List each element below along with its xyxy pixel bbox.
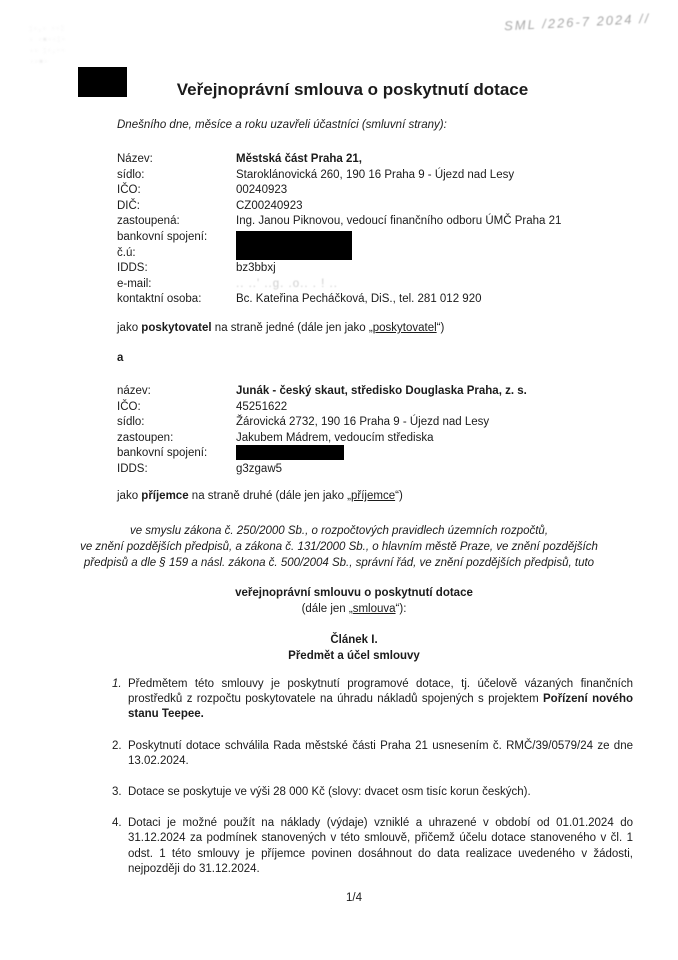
document-title: Veřejnoprávní smlouva o poskytnutí dotac…	[30, 80, 675, 100]
field-value: Junák - český skaut, středisko Douglaska…	[236, 384, 527, 400]
intro-line: Dnešního dne, měsíce a roku uzavřeli úča…	[117, 119, 447, 131]
contract-subject: veřejnoprávní smlouvu o poskytnutí dotac…	[44, 586, 664, 617]
field-label: bankovní spojení:	[117, 230, 236, 246]
field-label: Název:	[117, 152, 236, 168]
item-text: Předmětem této smlouvy je poskytnutí pro…	[128, 677, 633, 723]
provider-row-sidlo: sídlo: Staroklánovická 260, 190 16 Praha…	[117, 168, 561, 184]
item-number: 1.	[112, 677, 128, 723]
legal-line: ve smyslu zákona č. 250/2000 Sb., o rozp…	[44, 523, 634, 539]
subject-title: veřejnoprávní smlouvu o poskytnutí dotac…	[44, 586, 664, 602]
closing-bold: poskytovatel	[141, 322, 211, 334]
closing-text: jako	[117, 490, 141, 502]
legal-line: ve znění pozdějších předpisů, a zákona č…	[44, 539, 634, 555]
item-text: Dotace se poskytuje ve výši 28 000 Kč (s…	[128, 785, 633, 800]
field-value: Ing. Janou Piknovou, vedoucí finančního …	[236, 214, 561, 230]
recipient-details: název: Junák - český skaut, středisko Do…	[117, 384, 527, 478]
item-number: 4.	[112, 816, 128, 877]
field-value: Bc. Kateřina Pecháčková, DiS., tel. 281 …	[236, 292, 481, 308]
provider-row-idds: IDDS: bz3bbxj	[117, 261, 561, 277]
recipient-row-ico: IČO: 45251622	[117, 400, 527, 416]
closing-text: na straně jedné (dále jen jako „	[212, 322, 373, 334]
field-label: IDDS:	[117, 462, 236, 478]
field-label: č.ú:	[117, 246, 236, 262]
article-1-heading: Článek I. Předmět a účel smlouvy	[44, 633, 664, 664]
faint-stamp: :·.· ··: · ·•··:· ·· :·.·· ··•·	[30, 21, 161, 67]
closing-text: “)	[437, 322, 445, 334]
field-label: IDDS:	[117, 261, 236, 277]
field-value: CZ00240923	[236, 199, 303, 215]
page-number: 1/4	[44, 892, 664, 904]
item-text: Dotaci je možné použít na náklady (výdaj…	[128, 816, 633, 877]
field-label: sídlo:	[117, 168, 236, 184]
article-1-items: 1. Předmětem této smlouvy je poskytnutí …	[112, 677, 633, 893]
recipient-row-sidlo: sídlo: Žárovická 2732, 190 16 Praha 9 - …	[117, 415, 527, 431]
document-page: :·.· ··: · ·•··:· ·· :·.·· ··•· SML /226…	[0, 0, 678, 960]
article-title: Předmět a účel smlouvy	[44, 649, 664, 665]
subject-underlined: smlouva	[353, 603, 396, 615]
closing-text: “)	[395, 490, 403, 502]
redaction-box-provider-account	[236, 231, 352, 260]
provider-row-nazev: Název: Městská část Praha 21,	[117, 152, 561, 168]
article-number: Článek I.	[44, 633, 664, 649]
field-value: Žárovická 2732, 190 16 Praha 9 - Újezd n…	[236, 415, 489, 431]
field-label: sídlo:	[117, 415, 236, 431]
list-item-4: 4. Dotaci je možné použít na náklady (vý…	[112, 816, 633, 877]
field-label: bankovní spojení:	[117, 446, 236, 462]
subject-text: “):	[396, 603, 407, 615]
field-label: IČO:	[117, 183, 236, 199]
item-number: 2.	[112, 739, 128, 769]
provider-row-zastoupena: zastoupená: Ing. Janou Piknovou, vedoucí…	[117, 214, 561, 230]
field-value: bz3bbxj	[236, 261, 276, 277]
item-text: Poskytnutí dotace schválila Rada městské…	[128, 739, 633, 769]
redaction-box-recipient-account	[236, 445, 344, 460]
field-label: IČO:	[117, 400, 236, 416]
field-label: e-mail:	[117, 277, 236, 293]
field-value: 45251622	[236, 400, 287, 416]
subject-text: (dále jen „	[302, 603, 353, 615]
item-number: 3.	[112, 785, 128, 800]
recipient-closing-line: jako příjemce na straně druhé (dále jen …	[117, 490, 403, 502]
field-value: Městská část Praha 21,	[236, 152, 362, 168]
closing-text: na straně druhé (dále jen jako „	[189, 490, 351, 502]
provider-details: Název: Městská část Praha 21, sídlo: Sta…	[117, 152, 561, 308]
legal-basis-paragraph: ve smyslu zákona č. 250/2000 Sb., o rozp…	[44, 523, 634, 571]
closing-underlined: příjemce	[351, 490, 395, 502]
closing-underlined: poskytovatel	[373, 322, 437, 334]
handwritten-file-number: SML /226-7 2024 //	[504, 10, 675, 34]
field-label: zastoupená:	[117, 214, 236, 230]
recipient-row-nazev: název: Junák - český skaut, středisko Do…	[117, 384, 527, 400]
field-value: g3zgaw5	[236, 462, 282, 478]
field-value: 00240923	[236, 183, 287, 199]
closing-bold: příjemce	[141, 490, 188, 502]
and-separator: a	[117, 352, 123, 364]
legal-line: předpisů a dle § 159 a násl. zákona č. 5…	[44, 555, 634, 571]
provider-row-email: e-mail: .. ..' ..g. .o.. . ! ..	[117, 277, 561, 293]
list-item-1: 1. Předmětem této smlouvy je poskytnutí …	[112, 677, 633, 723]
list-item-2: 2. Poskytnutí dotace schválila Rada měst…	[112, 739, 633, 769]
recipient-row-idds: IDDS: g3zgaw5	[117, 462, 527, 478]
subject-subtitle: (dále jen „smlouva“):	[44, 602, 664, 618]
field-value: Staroklánovická 260, 190 16 Praha 9 - Új…	[236, 168, 514, 184]
field-label: DIČ:	[117, 199, 236, 215]
provider-closing-line: jako poskytovatel na straně jedné (dále …	[117, 322, 444, 334]
provider-row-ico: IČO: 00240923	[117, 183, 561, 199]
closing-text: jako	[117, 322, 141, 334]
field-value-anonymized: .. ..' ..g. .o.. . ! ..	[236, 277, 338, 293]
field-label: zastoupen:	[117, 431, 236, 447]
field-label: název:	[117, 384, 236, 400]
provider-row-kontakt: kontaktní osoba: Bc. Kateřina Pecháčková…	[117, 292, 561, 308]
field-label: kontaktní osoba:	[117, 292, 236, 308]
list-item-3: 3. Dotace se poskytuje ve výši 28 000 Kč…	[112, 785, 633, 800]
provider-row-dic: DIČ: CZ00240923	[117, 199, 561, 215]
